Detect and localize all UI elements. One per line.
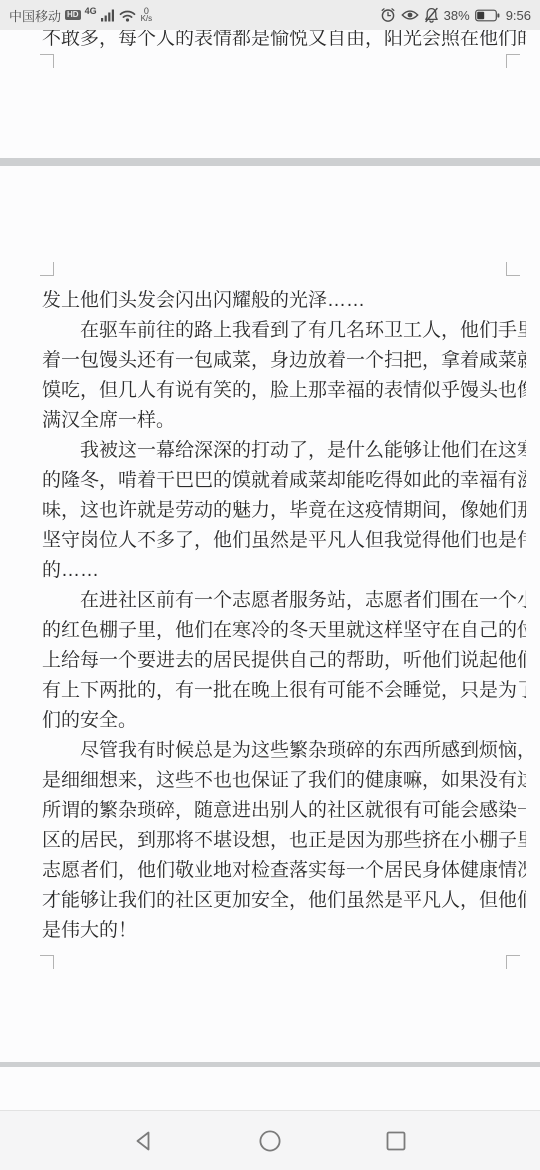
- document-text-line: 在进社区前有一个志愿者服务站，志愿者们围在一个小小: [42, 586, 526, 616]
- document-text-line: 的……: [42, 556, 526, 586]
- notifications-muted-icon: [424, 7, 439, 23]
- document-text-line: 在驱车前往的路上我看到了有几名环卫工人，他们手里掂: [42, 316, 526, 346]
- eye-comfort-icon: [401, 9, 419, 21]
- document-text-line: 是伟大的！: [42, 916, 526, 946]
- back-triangle-icon: [131, 1128, 157, 1154]
- document-text-line: 我被这一幕给深深的打动了，是什么能够让他们在这寒冷: [42, 436, 526, 466]
- margin-mark-top-left: [40, 262, 54, 276]
- network-type-label: 4G: [85, 6, 97, 16]
- margin-mark-bottom-left: [40, 955, 54, 969]
- document-text-line: 有上下两批的，有一批在晚上很有可能不会睡觉，只是为了我: [42, 676, 526, 706]
- document-text-line: 的红色棚子里，他们在寒冷的冬天里就这样坚守在自己的位置: [42, 616, 526, 646]
- document-text-line: 馍吃，但几人有说有笑的，脸上那幸福的表情似乎馒头也像那: [42, 376, 526, 406]
- document-text-line: 是细细想来，这些不也也保证了我们的健康嘛，如果没有这些: [42, 766, 526, 796]
- document-text-line: 满汉全席一样。: [42, 406, 526, 436]
- document-page-next[interactable]: [0, 1067, 540, 1110]
- wifi-icon: [119, 9, 136, 22]
- document-text-line: 所谓的繁杂琐碎，随意进出别人的社区就很有可能会感染一社: [42, 796, 526, 826]
- status-bar: 中国移动 HD 4G 0 K/s: [0, 0, 540, 30]
- signal-strength-icon: [100, 8, 115, 22]
- document-text-line: 着一包馒头还有一包咸菜，身边放着一个扫把，拿着咸菜就着: [42, 346, 526, 376]
- android-navigation-bar: [0, 1110, 540, 1170]
- home-button[interactable]: [250, 1121, 290, 1161]
- document-text-line: 区的居民，到那将不堪设想，也正是因为那些挤在小棚子里的: [42, 826, 526, 856]
- clock-label: 9:56: [506, 8, 531, 23]
- network-speed: 0 K/s: [141, 7, 153, 23]
- document-text-line: 尽管我有时候总是为这些繁杂琐碎的东西所感到烦恼，但: [42, 736, 526, 766]
- document-text-line: 坚守岗位人不多了，他们虽然是平凡人但我觉得他们也是伟大: [42, 526, 526, 556]
- carrier-label: 中国移动: [9, 6, 61, 25]
- document-page-current[interactable]: 发上他们头发会闪出闪耀般的光泽…… 在驱车前往的路上我看到了有几名环卫工人，他们…: [0, 166, 540, 1062]
- volte-hd-icon: HD: [65, 10, 81, 20]
- document-text-line: 上给每一个要进去的居民提供自己的帮助，听他们说起他们是: [42, 646, 526, 676]
- alarm-clock-icon: [380, 7, 396, 23]
- status-bar-right: 38% 9:56: [380, 7, 531, 23]
- margin-mark-bottom-left: [40, 54, 54, 68]
- back-button[interactable]: [124, 1121, 164, 1161]
- network-speed-unit: K/s: [141, 15, 153, 23]
- recents-square-icon: [383, 1128, 409, 1154]
- battery-icon: [475, 9, 500, 22]
- document-text-line: 的隆冬，啃着干巴巴的馍就着咸菜却能吃得如此的幸福有滋: [42, 466, 526, 496]
- status-bar-left: 中国移动 HD 4G 0 K/s: [9, 6, 152, 25]
- battery-percent-label: 38%: [444, 8, 470, 23]
- document-text-line: 才能够让我们的社区更加安全，他们虽然是平凡人，但他们也: [42, 886, 526, 916]
- margin-mark-top-right: [506, 262, 520, 276]
- document-text-line: 们的安全。: [42, 706, 526, 736]
- document-text-block: 发上他们头发会闪出闪耀般的光泽…… 在驱车前往的路上我看到了有几名环卫工人，他们…: [42, 286, 526, 946]
- document-text-line: 志愿者们，他们敬业地对检查落实每一个居民身体健康情况，: [42, 856, 526, 886]
- recents-button[interactable]: [376, 1121, 416, 1161]
- margin-mark-bottom-right: [506, 54, 520, 68]
- document-text-line: 味，这也许就是劳动的魅力，毕竟在这疫情期间，像她们那样: [42, 496, 526, 526]
- home-circle-icon: [257, 1128, 283, 1154]
- document-text-line: 发上他们头发会闪出闪耀般的光泽……: [42, 286, 526, 316]
- margin-mark-bottom-right: [506, 955, 520, 969]
